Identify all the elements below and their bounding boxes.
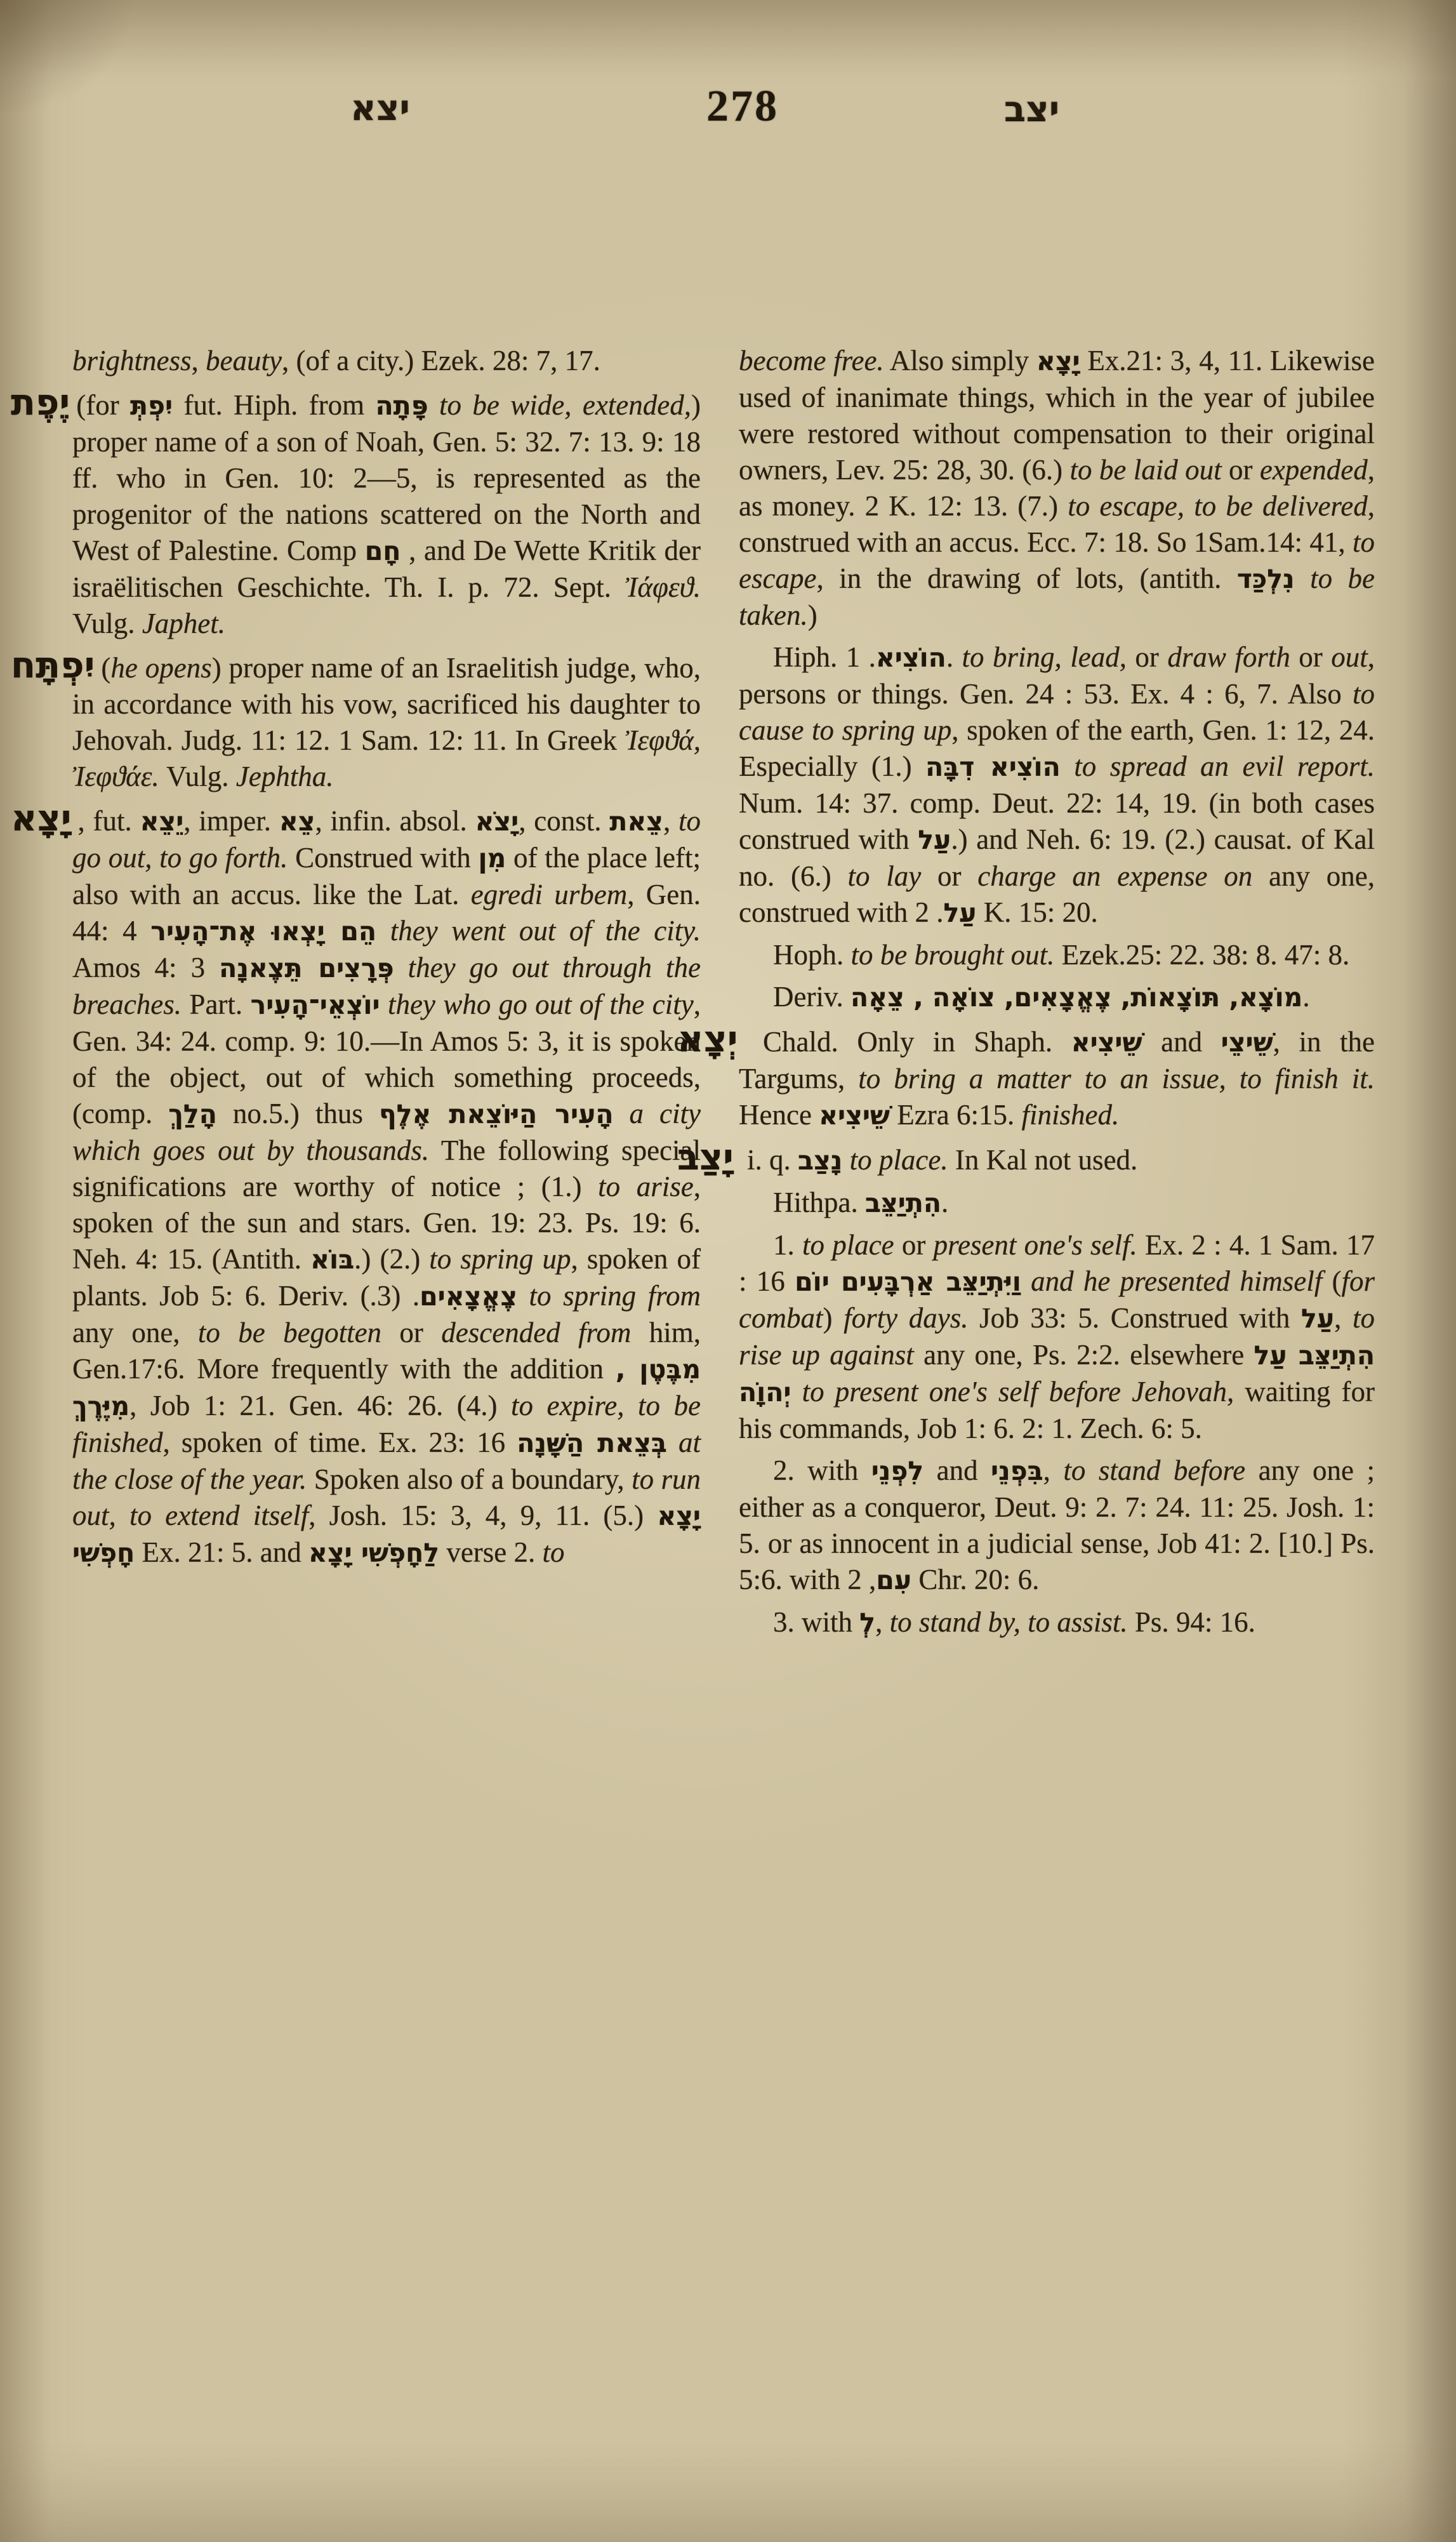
page-number: 278 xyxy=(673,75,812,138)
text-run: עַל xyxy=(1301,1303,1334,1334)
text-run: to place xyxy=(802,1229,894,1261)
text-run: הֵם יָצְאוּ אֶת־הָעִיר xyxy=(150,916,376,947)
text-run: , xyxy=(663,805,678,837)
text-run xyxy=(1021,1265,1031,1297)
text-run: הִתְיַצֵּב xyxy=(865,1188,941,1218)
text-run: ( xyxy=(1322,1265,1341,1297)
text-run: become free. xyxy=(739,345,884,376)
text-run: Vulg. xyxy=(72,608,142,639)
text-run: עַל xyxy=(943,898,976,928)
text-run: they went out of the city. xyxy=(390,915,701,947)
text-run xyxy=(380,988,388,1020)
text-run: פְּרָצִים תֵּצֶאנָה xyxy=(219,953,394,983)
text-run: , spoken of time. Ex. 23: 16 xyxy=(163,1427,517,1458)
text-run: Hence xyxy=(739,1099,819,1131)
text-run: הָעִיר הַיּוֹצֵאת אֶלֶף xyxy=(379,1099,614,1129)
text-run: יוֹצְאֵי־הָעִיר xyxy=(251,990,380,1020)
text-run: צֶאֱצָאִים xyxy=(420,1281,517,1312)
text-run: to be wide, extended, xyxy=(439,389,691,421)
text-run: and xyxy=(1142,1026,1221,1058)
text-run: 2. with xyxy=(773,1454,871,1486)
text-run: , fut. xyxy=(78,805,140,837)
hebrew-headword: יִפְתָּח xyxy=(11,644,101,686)
text-run: present one's self. xyxy=(934,1229,1137,1261)
text-run: יָצָא xyxy=(1036,346,1080,376)
text-run: to escape, to be delivered xyxy=(1068,490,1368,522)
text-run: 3. with xyxy=(773,1606,859,1638)
text-run: עַל xyxy=(918,825,951,855)
text-run: Ps. 94: 16. xyxy=(1128,1606,1255,1638)
text-run: Vulg. xyxy=(159,761,236,792)
entry-paragraph: 2. with לִפְנֵי and בִּפְנֵי, to stand b… xyxy=(739,1453,1375,1599)
text-run: descended from xyxy=(441,1317,631,1348)
text-run: פָּתָה xyxy=(376,390,428,421)
entry-paragraph: Deriv. מוֹצָא, תּוֹצָאוֹת, צֶאֱצָאִים, צ… xyxy=(739,979,1375,1016)
text-run: הָלַךְ xyxy=(168,1099,217,1129)
hebrew-headword: יָצָא xyxy=(11,797,78,839)
text-run: . xyxy=(941,1187,948,1218)
text-run: צֵא xyxy=(279,806,315,837)
text-run: .) (2.) xyxy=(354,1243,429,1275)
text-run: Chald. Only in Shaph. xyxy=(745,1026,1071,1058)
text-run: ( xyxy=(101,652,110,684)
text-run: fut. Hiph. from xyxy=(173,389,375,421)
header-left-catchword: יצא xyxy=(350,80,410,137)
entry-paragraph: יֶפֶת(for יִפְתְּ fut. Hiph. from פָּתָה… xyxy=(72,385,701,642)
text-run: expended xyxy=(1260,454,1368,486)
text-run: חָם xyxy=(365,536,401,566)
text-run: יֵצֵא xyxy=(140,806,184,837)
text-run: , (of a city.) Ezek. 28: 7, 17. xyxy=(282,345,600,376)
text-run: Spoken also of a boundary, xyxy=(307,1463,632,1495)
text-run: draw forth xyxy=(1167,641,1290,673)
running-header: יצא 278 יצב xyxy=(0,75,1456,145)
text-run: . 2 K. 15: 20. xyxy=(915,896,1097,928)
text-run xyxy=(376,915,390,947)
entry-paragraph: Hiph. הוֹצִיא. 1. to bring, lead, or dra… xyxy=(739,639,1375,931)
hebrew-headword: יֶפֶת xyxy=(11,382,76,423)
hebrew-headword: יְצָא xyxy=(677,1018,745,1060)
text-run: , Josh. 15: 3, 4, 9, 11. (5.) xyxy=(308,1500,657,1531)
text-run: to present one's self before Jehovah, xyxy=(802,1376,1234,1407)
text-run: out xyxy=(1331,641,1368,673)
text-run: , in the drawing of lots, (antith. xyxy=(816,562,1236,594)
text-run: ) xyxy=(823,1302,844,1334)
text-run: (for xyxy=(76,389,130,421)
entry-paragraph: become free. Also simply יָצָא Ex.21: 3,… xyxy=(739,343,1375,634)
text-run: Japhet. xyxy=(142,608,225,639)
hebrew-headword: יָצַב xyxy=(677,1136,740,1178)
text-run: , xyxy=(1334,1302,1353,1334)
text-run: שֵׁיצִיא xyxy=(819,1100,890,1131)
text-run: to be begotten xyxy=(198,1317,381,1348)
text-run: to stand before xyxy=(1063,1454,1245,1486)
text-run: to bring a matter to an issue, to finish… xyxy=(858,1063,1375,1095)
scanned-lexicon-page: יצא 278 יצב brightness, beauty, (of a ci… xyxy=(0,0,1456,2542)
text-run xyxy=(791,1376,802,1407)
text-run: charge an expense on xyxy=(977,860,1252,892)
text-run: to be laid out xyxy=(1069,454,1221,486)
text-run: brightness xyxy=(72,345,192,376)
text-run: forty days. xyxy=(844,1302,968,1334)
text-run: to lay xyxy=(848,860,922,892)
text-run: Hoph. xyxy=(773,939,851,971)
text-run: egredi urbem xyxy=(471,879,628,910)
text-run: שֵׁיצֵי xyxy=(1221,1027,1273,1058)
text-run xyxy=(667,1427,678,1458)
entry-paragraph: Hithpa. הִתְיַצֵּב. xyxy=(739,1185,1375,1221)
text-run: and he presented himself xyxy=(1031,1265,1322,1297)
text-run: i. q. xyxy=(740,1144,798,1176)
text-run: to spring up xyxy=(429,1243,571,1275)
text-run: , xyxy=(1043,1454,1064,1486)
text-run: any one, xyxy=(72,1317,198,1348)
text-run: , const. xyxy=(519,805,609,837)
text-run: נָצַב xyxy=(798,1145,842,1176)
text-run: ) xyxy=(808,599,817,631)
text-run xyxy=(1295,562,1310,594)
text-run: to xyxy=(543,1536,565,1568)
text-run: יָצֹא xyxy=(475,806,519,837)
text-run: , Job 1: 21. Gen. 46: 26. (4.) xyxy=(129,1390,511,1421)
text-run: finished. xyxy=(1021,1099,1119,1131)
text-run: לִפְנֵי xyxy=(871,1456,923,1486)
text-run: to spring from xyxy=(529,1280,701,1312)
text-run: לְ xyxy=(859,1607,875,1638)
entry-paragraph: יִפְתָּח(he opens) proper name of an Isr… xyxy=(72,648,701,795)
text-run: יִפְתְּ xyxy=(130,390,173,421)
text-run: לַחָפְשִׁי יָצָא xyxy=(308,1538,439,1568)
text-run: verse 2. xyxy=(439,1536,542,1568)
text-run: הוֹצִיא דִבָּה xyxy=(925,752,1061,782)
text-run: בְּצֵאת הַשָּׁנָה xyxy=(517,1428,667,1458)
entry-paragraph: יָצַב i. q. נָצַב to place. In Kal not u… xyxy=(739,1140,1375,1179)
text-run xyxy=(1061,750,1074,782)
text-column-right: become free. Also simply יָצָא Ex.21: 3,… xyxy=(739,343,1375,1647)
text-run: Job 33: 5. Construed with xyxy=(968,1302,1301,1334)
text-run: Hiph. xyxy=(773,641,846,673)
text-run: צֵאת xyxy=(609,806,663,837)
text-run: , xyxy=(192,345,206,376)
text-run: to place. xyxy=(850,1144,948,1176)
text-run: Ezra 6:15. xyxy=(890,1099,1021,1131)
text-run: , infin. absol. xyxy=(315,805,475,837)
text-run: , xyxy=(875,1606,890,1638)
text-run: or xyxy=(894,1229,934,1261)
text-run xyxy=(428,389,439,421)
text-run: beauty xyxy=(206,345,282,376)
text-run: or xyxy=(1222,454,1260,486)
text-run: Also simply xyxy=(884,345,1036,376)
text-run: Jephtha. xyxy=(236,761,334,792)
entry-paragraph: יְצָא Chald. Only in Shaph. שֵׁיצִיא and… xyxy=(739,1021,1375,1134)
entry-paragraph: 3. with לְ, to stand by, to assist. Ps. … xyxy=(739,1604,1375,1641)
text-run: he opens xyxy=(110,652,211,684)
entry-paragraph: יָצָא, fut. יֵצֵא, imper. צֵא, infin. ab… xyxy=(72,801,701,1571)
entry-paragraph: Hoph. to be brought out. Ezek.25: 22. 38… xyxy=(739,937,1375,973)
text-run: שֵׁיצִיא xyxy=(1071,1027,1142,1058)
entry-paragraph: brightness, beauty, (of a city.) Ezek. 2… xyxy=(72,343,701,379)
text-run: or xyxy=(381,1317,441,1348)
text-run: and xyxy=(923,1454,991,1486)
text-run xyxy=(614,1098,630,1129)
text-run: בִּפְנֵי xyxy=(991,1456,1043,1486)
text-run: to bring, lead, xyxy=(962,641,1127,673)
text-run: וַיִּתְיַצֵּב אַרְבָּעִים יוֹם xyxy=(795,1267,1021,1297)
text-run: עִם xyxy=(876,1565,911,1595)
text-run: הוֹצִיא xyxy=(876,642,946,673)
text-run xyxy=(394,952,408,983)
text-run: מוֹצָא, תּוֹצָאוֹת, צֶאֱצָאִים, צוֹאָה ,… xyxy=(850,982,1302,1013)
text-run: Amos 4: 3 xyxy=(72,952,219,983)
text-run: to be brought out. xyxy=(851,939,1055,971)
text-run: or xyxy=(921,860,977,892)
text-run: In Kal not used. xyxy=(948,1144,1138,1176)
text-run: Hithpa. xyxy=(773,1187,865,1218)
text-run: to stand by, to assist. xyxy=(890,1606,1128,1638)
text-run: מִן xyxy=(479,843,506,874)
text-run: בּוֹא xyxy=(310,1244,354,1275)
text-run: נִלְכַּד xyxy=(1237,564,1295,594)
text-run: Ἰάφεϑ. xyxy=(625,571,701,603)
text-run: to spread an evil report. xyxy=(1074,750,1375,782)
text-run: Ezek.25: 22. 38: 8. 47: 8. xyxy=(1054,939,1349,971)
text-run: they who go out of the city xyxy=(388,988,694,1020)
text-run: any one, Ps. 2:2. elsewhere xyxy=(914,1339,1254,1371)
text-run: no.5.) thus xyxy=(217,1098,379,1129)
text-run: Part. xyxy=(182,988,251,1020)
text-run: Deriv. xyxy=(773,981,850,1013)
text-run xyxy=(842,1144,849,1176)
text-run: Ex. 21: 5. and xyxy=(135,1536,308,1568)
text-run: or xyxy=(1290,641,1331,673)
header-right-catchword: יצב xyxy=(1004,81,1059,138)
text-run: , imper. xyxy=(183,805,279,837)
entry-paragraph: 1. to place or present one's self. Ex. 2… xyxy=(739,1227,1375,1447)
text-run: 1. xyxy=(773,1229,802,1261)
text-run: . xyxy=(1302,981,1309,1013)
text-run: or xyxy=(1127,641,1167,673)
text-run: Construed with xyxy=(288,842,478,874)
text-column-left: brightness, beauty, (of a city.) Ezek. 2… xyxy=(72,343,701,1577)
